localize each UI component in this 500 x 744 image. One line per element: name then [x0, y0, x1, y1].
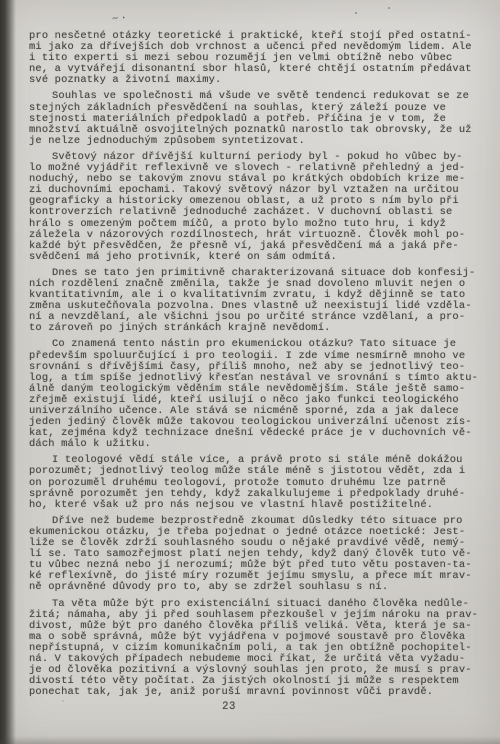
pen-mark-artifact: ~· [111, 12, 130, 26]
text-line: Souhlas ve společnosti má všude ve světě… [29, 91, 487, 102]
text-line: Ta věta může být pro existenciální situa… [29, 599, 487, 610]
text-line: porozumět; jednotlivý teolog může stále … [29, 466, 487, 477]
text-line: dách málo k užitku. [29, 439, 487, 450]
document-text-block: pro nesčetné otázky teoretické i praktic… [29, 31, 487, 698]
text-line: Co znamená tento nástin pro ekumenickou … [29, 339, 487, 350]
paragraph: Ta věta může být pro existenciální situa… [29, 599, 487, 699]
paragraph: Co znamená tento nástin pro ekumenickou … [29, 339, 487, 450]
text-line: svědčení má jeho protivník, které on sám… [29, 252, 487, 263]
scanned-document-page: ~· pro nesčetné otázky teoretické i prak… [0, 0, 500, 744]
paper-speck [355, 12, 357, 14]
paper-speck [388, 7, 390, 9]
page-number: 23 [29, 701, 429, 713]
paragraph: I teologové vědí stále více, a právě pro… [29, 455, 487, 510]
text-line: on porozuměl druhému teologovi, protože … [29, 478, 487, 489]
text-line: ně oprávněné důvody pro to, aby se zdrže… [29, 582, 487, 593]
scan-left-edge-shadow [0, 0, 16, 744]
text-line: především spoluurčující i pro teologii. … [29, 351, 487, 362]
scan-bottom-edge-shadow [0, 736, 500, 744]
paragraph: Dnes se tato jen primitivně charakterizo… [29, 268, 487, 335]
text-line: své poznatky a životní maximy. [29, 75, 487, 86]
paragraph: Dříve než budeme bezprostředně zkoumat d… [29, 516, 487, 594]
paragraph: pro nesčetné otázky teoretické i praktic… [29, 31, 487, 86]
text-line: kontroverzích relativně jednoduché zachá… [29, 207, 487, 218]
text-line: stejných základních přesvědčení na souhl… [29, 103, 487, 114]
paragraph: Souhlas ve společnosti má všude ve světě… [29, 91, 487, 146]
text-line: ponechat tak, jak je, aniž poruší mravní… [29, 687, 487, 698]
text-line: hrálo s omezeným počtem míčů, a proto by… [29, 219, 487, 230]
text-line: je nelze jednoduchým způsobem syntetizov… [29, 136, 487, 147]
text-line: to zároveň po jiných stránkách krajně ne… [29, 323, 487, 334]
paragraph: Světový názor dřívější kulturní periody … [29, 152, 487, 263]
text-line: ho, které však už pro nás nejsou ve vlas… [29, 500, 487, 511]
